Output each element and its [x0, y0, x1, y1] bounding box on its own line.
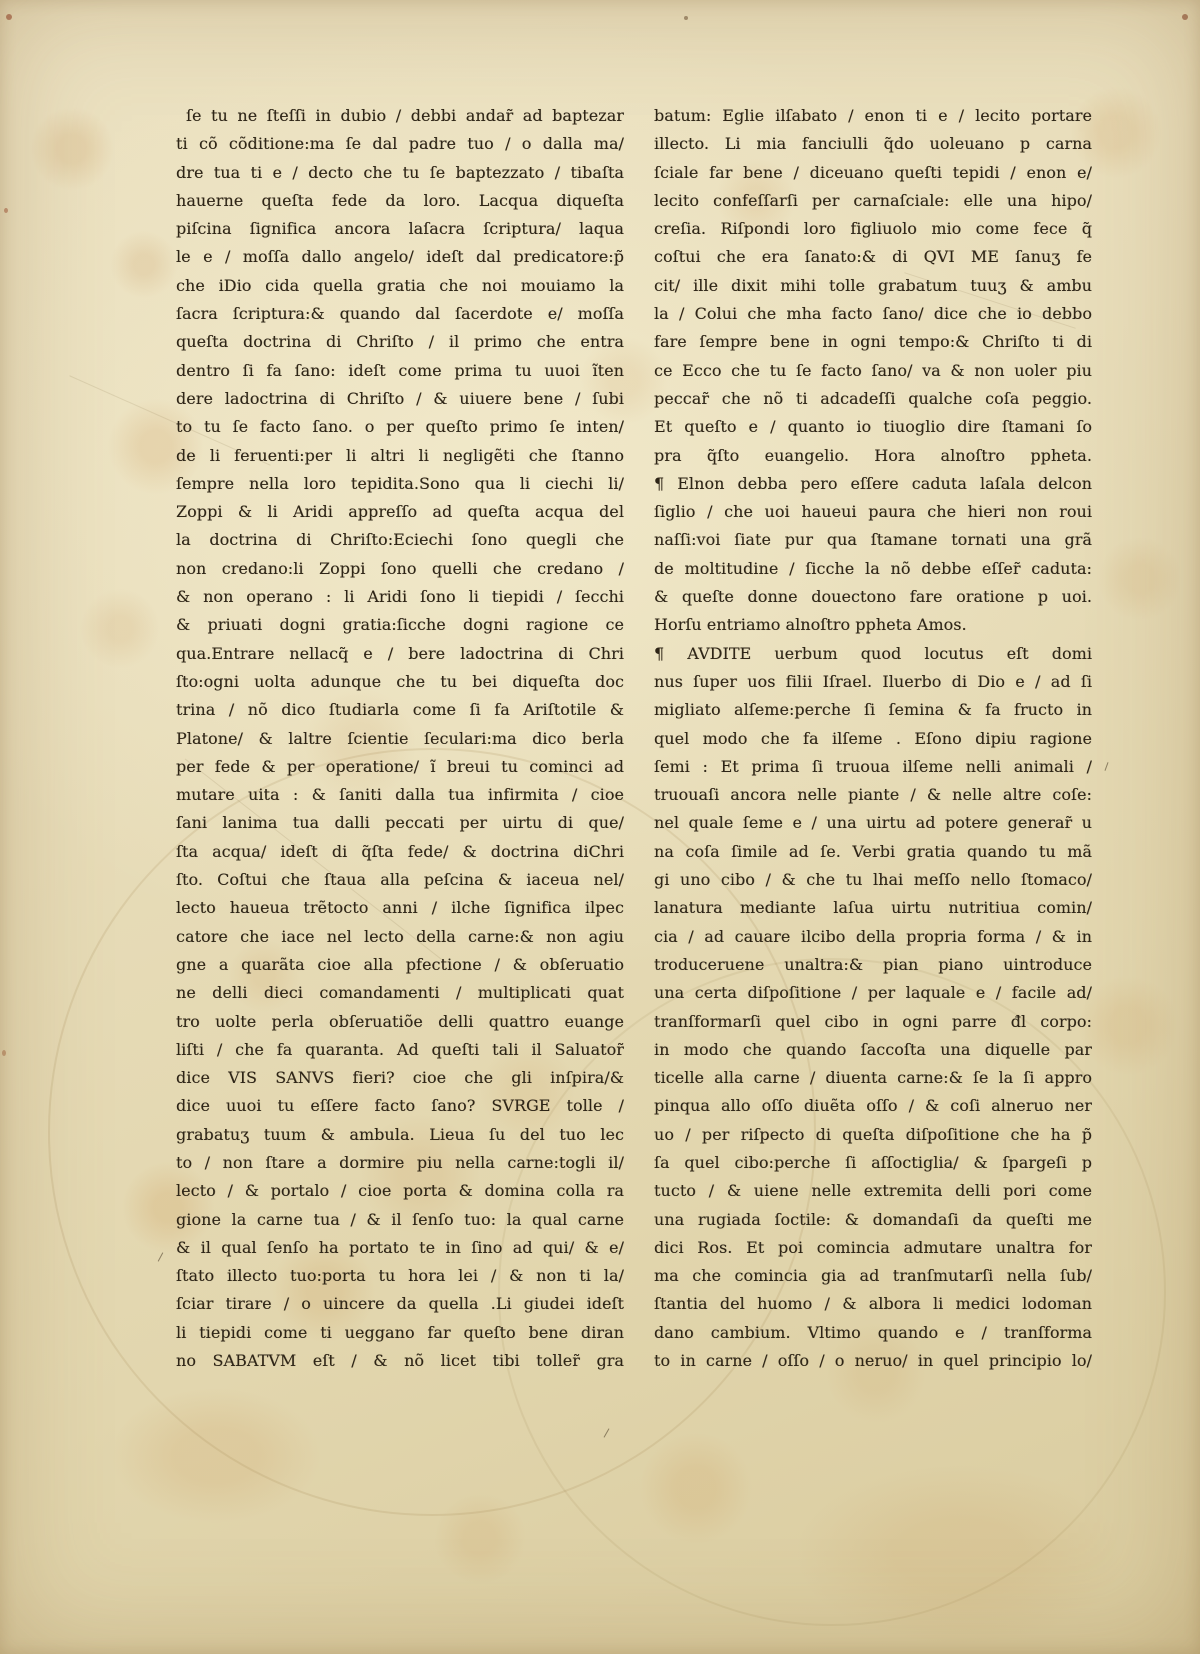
text-line: dice VIS SANVS fieri? cioe che gli inſpi… [176, 1064, 624, 1092]
text-line: batum: Eglie ilſabato / enon ti e / leci… [654, 102, 1092, 130]
text-line: de li feruenti:per li altri li negligẽti… [176, 442, 624, 470]
paper-speck [1182, 14, 1188, 20]
text-line: creſia. Riſpondi loro figliuolo mio come… [654, 215, 1092, 243]
text-line: to tu ſe facto ſano. o per queſto primo … [176, 413, 624, 441]
text-line: ma che comincia gia ad tranſmutarſi nell… [654, 1262, 1092, 1290]
paper-speck [684, 16, 688, 20]
text-line: piſcina ſignifica ancora laſacra ſcriptu… [176, 215, 624, 243]
text-line: cit/ ille dixit mihi tolle grabatum tuuʒ… [654, 272, 1092, 300]
text-line: cia / ad cauare ilcibo della propria for… [654, 923, 1092, 951]
text-line: ce Ecco che tu ſe facto ſano/ va & non u… [654, 357, 1092, 385]
text-line: la / Colui che mha facto ſano/ dice che … [654, 300, 1092, 328]
text-line: & non operano : li Aridi ſono li tiepidi… [176, 583, 624, 611]
text-line: na coſa ſimile ad ſe. Verbi gratia quand… [654, 838, 1092, 866]
text-line: lanatura mediante laſua uirtu nutritiua … [654, 894, 1092, 922]
text-line: naſſi:voi ſiate pur qua ſtamane tornati … [654, 526, 1092, 554]
text-line: ſempre nella loro tepidita.Sono qua li c… [176, 470, 624, 498]
paper-speck [2, 1050, 6, 1056]
text-line: ſani lanima tua dalli peccati per uirtu … [176, 809, 624, 837]
text-line: ticelle alla carne / diuenta carne:& ſe … [654, 1064, 1092, 1092]
text-line: non credano:li Zoppi ſono quelli che cre… [176, 555, 624, 583]
text-line: pinqua allo oſſo diuẽta oſſo / & coſi al… [654, 1092, 1092, 1120]
text-line: truouaſi ancora nelle piante / & nelle a… [654, 781, 1092, 809]
text-line: pra q̃ſto euangelio. Hora alnoſtro pphet… [654, 442, 1092, 470]
text-line: & priuati dogni gratia:ſicche dogni ragi… [176, 611, 624, 639]
text-line: catore che iace nel lecto della carne:& … [176, 923, 624, 951]
text-line: uo / per riſpecto di queſta diſpoſitione… [654, 1121, 1092, 1149]
paper-speck [6, 14, 12, 20]
text-line: ſe tu ne ſteſſi in dubio / debbi andar̃ … [176, 102, 624, 130]
text-line: una certa diſpoſitione / per laquale e /… [654, 979, 1092, 1007]
text-line: gi uno cibo / & che tu lhai meſſo nello … [654, 866, 1092, 894]
text-line: trina / nõ dico ſtudiarla come ſi fa Ari… [176, 696, 624, 724]
text-line: che iDio cida quella gratia che noi moui… [176, 272, 624, 300]
text-line: fare ſempre bene in ogni tempo:& Chriſto… [654, 328, 1092, 356]
text-line: ſtato illecto tuo:porta tu hora lei / & … [176, 1262, 624, 1290]
text-line: Et queſto e / quanto io tiuoglio dire ſt… [654, 413, 1092, 441]
text-line: dere ladoctrina di Chriſto / & uiuere be… [176, 385, 624, 413]
text-line: Horſu entriamo alnoſtro ppheta Amos. [654, 611, 1092, 639]
text-line: qua.Entrare nellacq̃ e / bere ladoctrina… [176, 640, 624, 668]
text-line: li tiepidi come ti ueggano far queſto be… [176, 1319, 624, 1347]
text-line: peccar̃ che nõ ti adcadeſſi qualche coſa… [654, 385, 1092, 413]
text-line: to in carne / oſſo / o neruo/ in quel pr… [654, 1347, 1092, 1375]
text-line: le e / moſſa dallo angelo/ ideſt dal pre… [176, 243, 624, 271]
text-line: una rugiada ſoctile: & domandaſi da queſ… [654, 1206, 1092, 1234]
text-line: dre tua ti e / decto che tu ſe baptezzat… [176, 159, 624, 187]
text-line: liſti / che fa quaranta. Ad queſti tali … [176, 1036, 624, 1064]
text-line: per fede & per operatione/ ĩ breui tu co… [176, 753, 624, 781]
text-line: dentro ſi fa ſano: ideſt come prima tu u… [176, 357, 624, 385]
text-line: troduceruene unaltra:& pian piano uintro… [654, 951, 1092, 979]
text-line: in modo che quando ſaccoſta una diquelle… [654, 1036, 1092, 1064]
text-line: queſta doctrina di Chriſto / il primo ch… [176, 328, 624, 356]
text-line: & queſte donne douectono fare oratione p… [654, 583, 1092, 611]
text-line: nus ſuper uos filii Iſrael. Iluerbo di D… [654, 668, 1092, 696]
text-line: ſemi : Et prima ſi truoua ilſeme nelli a… [654, 753, 1092, 781]
text-line: ſciar tirare / o uincere da quella .Li g… [176, 1290, 624, 1318]
text-line: lecito confeſſarſi per carnaſciale: elle… [654, 187, 1092, 215]
text-line: hauerne queſta fede da loro. Lacqua diqu… [176, 187, 624, 215]
text-line: ſtantia del huomo / & albora li medici l… [654, 1290, 1092, 1318]
text-line: tro uolte perla obſeruatiõe delli quattr… [176, 1008, 624, 1036]
text-line: ſta acqua/ ideſt di q̃ſta fede/ & doctri… [176, 838, 624, 866]
text-line: & il qual ſenſo ha portato te in ſino ad… [176, 1234, 624, 1262]
margin-mark [1104, 762, 1108, 771]
text-line: gne a quarãta cioe alla pfectione / & ob… [176, 951, 624, 979]
text-line: ſa quel cibo:perche ſi aſſoctiglia/ & ſp… [654, 1149, 1092, 1177]
text-line: ſciale far bene / diceuano queſti tepidi… [654, 159, 1092, 187]
text-line: dano cambium. Vltimo quando e / tranſfor… [654, 1319, 1092, 1347]
text-line: no SABATVM eſt / & nõ licet tibi toller̃… [176, 1347, 624, 1375]
text-line: de moltitudine / ſicche la nõ debbe eſſe… [654, 555, 1092, 583]
text-line: ſto. Coſtui che ſtaua alla peſcina & iac… [176, 866, 624, 894]
text-column-left: ſe tu ne ſteſſi in dubio / debbi andar̃ … [176, 102, 624, 1375]
text-line: nel quale ſeme e / una uirtu ad potere g… [654, 809, 1092, 837]
text-line: dici Ros. Et poi comincia admutare unalt… [654, 1234, 1092, 1262]
text-line: ¶ AVDITE uerbum quod locutus eſt domi [654, 640, 1092, 668]
text-line: tucto / & uiene nelle extremita delli po… [654, 1177, 1092, 1205]
book-page-scan: ſe tu ne ſteſſi in dubio / debbi andar̃ … [0, 0, 1200, 1654]
paper-speck [4, 208, 8, 213]
text-line: grabatuʒ tuum & ambula. Lieua ſu del tuo… [176, 1121, 624, 1149]
text-line: ſacra ſcriptura:& quando dal ſacerdote e… [176, 300, 624, 328]
margin-mark [158, 1252, 164, 1261]
text-line: illecto. Li mia fanciulli q̃do uoleuano … [654, 130, 1092, 158]
text-line: coſtui che era ſanato:& di QVI ME ſanuʒ … [654, 243, 1092, 271]
text-line: quel modo che fa ilſeme . Eſono dipiu ra… [654, 725, 1092, 753]
text-line: mutare uita : & ſaniti dalla tua infirmi… [176, 781, 624, 809]
text-line: dice uuoi tu eſſere facto ſano? SVRGE to… [176, 1092, 624, 1120]
text-column-right: batum: Eglie ilſabato / enon ti e / leci… [654, 102, 1092, 1375]
text-line: to / non ſtare a dormire piu nella carne… [176, 1149, 624, 1177]
text-line: migliato alſeme:perche ſi ſemina & fa fr… [654, 696, 1092, 724]
text-line: la doctrina di Chriſto:Eciechi ſono queg… [176, 526, 624, 554]
text-line: ¶ Elnon debba pero eſſere caduta laſala … [654, 470, 1092, 498]
text-line: tranſformarſi quel cibo in ogni parre đl… [654, 1008, 1092, 1036]
text-line: ſiglio / che uoi haueui paura che hieri … [654, 498, 1092, 526]
text-line: ne delli dieci comandamenti / multiplica… [176, 979, 624, 1007]
text-line: lecto / & portalo / cioe porta & domina … [176, 1177, 624, 1205]
text-line: Zoppi & li Aridi appreſſo ad queſta acqu… [176, 498, 624, 526]
text-line: ti cõ cõditione:ma ſe dal padre tuo / o … [176, 130, 624, 158]
text-line: ſto:ogni uolta adunque che tu bei diqueſ… [176, 668, 624, 696]
margin-mark [604, 1428, 610, 1437]
text-line: Platone/ & laltre ſcientie ſeculari:ma d… [176, 725, 624, 753]
text-line: lecto haueua trẽtocto anni / ilche ſigni… [176, 894, 624, 922]
text-line: gione la carne tua / & il ſenſo tuo: la … [176, 1206, 624, 1234]
